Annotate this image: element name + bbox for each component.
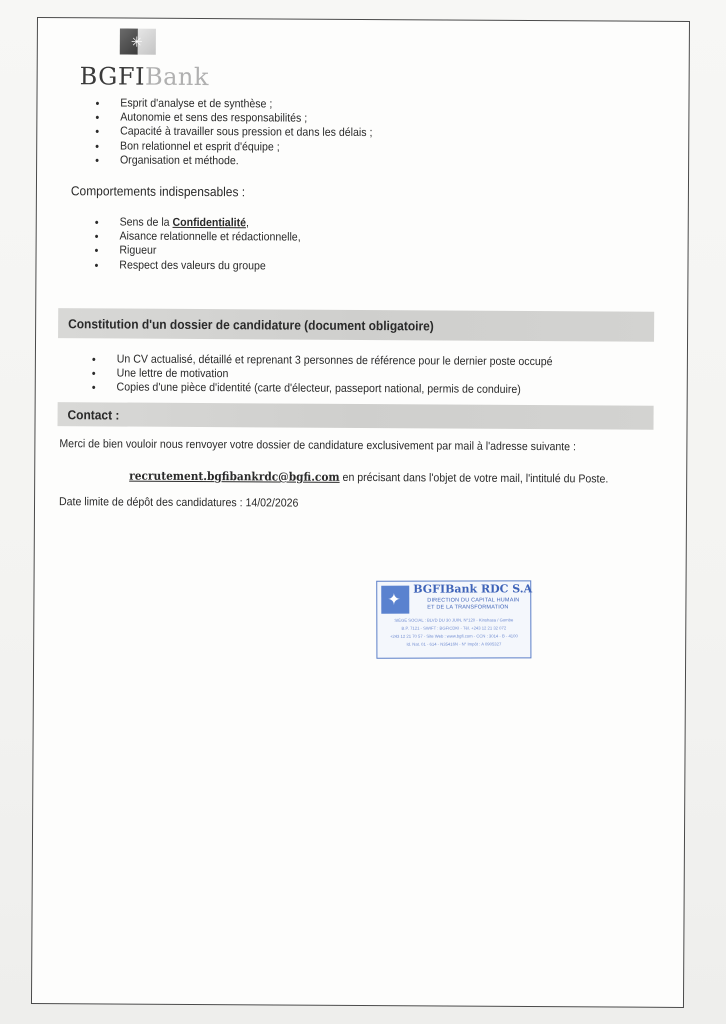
logo-main-text: BGFI	[80, 62, 146, 90]
list-item: Rigueur	[95, 244, 301, 259]
stamp-small-line: +243 12 21 70 57 - Site Web : www.bgfi.c…	[381, 633, 526, 638]
stamp-small-line: SIÈGE SOCIAL : BLVD DU 30 JUIN, N°120 - …	[381, 617, 526, 622]
list-item: Sens de la Confidentialité,	[95, 215, 301, 230]
application-section-banner: Constitution d'un dossier de candidature…	[58, 308, 654, 342]
stamp-small-line: B.P. 7121 - SWIFT : BGFICDKI - Tél. +243…	[381, 625, 526, 630]
document-page: ✳ BGFIBank Esprit d'analyse et de synthè…	[31, 17, 690, 1008]
logo-sub-text: Bank	[145, 63, 209, 91]
list-item: Copies d'une pièce d'identité (carte d'é…	[92, 381, 553, 398]
application-heading: Constitution d'un dossier de candidature…	[68, 316, 434, 333]
contact-intro: Merci de bien vouloir nous renvoyer votr…	[59, 438, 576, 453]
contact-section-banner: Contact :	[58, 402, 654, 430]
qualities-list: Esprit d'analyse et de synthèse ; Autono…	[95, 96, 397, 169]
deadline-text: Date limite de dépôt des candidatures : …	[59, 496, 298, 509]
stamp-line: DIRECTION DU CAPITAL HUMAIN	[427, 597, 519, 603]
confidentiality-emphasis: Confidentialité	[172, 217, 246, 229]
bgfi-logo-star-burst-icon: ✳	[120, 29, 156, 55]
stamp-line: ET DE LA TRANSFORMATION	[427, 604, 508, 610]
contact-email-line: recrutement.bgfibankrdc@bgfi.com en préc…	[129, 469, 608, 486]
contact-heading: Contact :	[68, 407, 120, 422]
bgfi-logo-wordmark: BGFIBank	[80, 62, 210, 91]
list-item: Organisation et méthode.	[95, 153, 372, 169]
stamp-star-logo-icon: ✦	[381, 586, 409, 614]
list-item: Respect des valeurs du groupe	[94, 258, 300, 273]
email-link[interactable]: recrutement.bgfibankrdc@bgfi.com	[129, 469, 340, 484]
company-stamp: ✦ BGFIBank RDC S.A DIRECTION DU CAPITAL …	[376, 580, 531, 658]
application-documents-list: Un CV actualisé, détaillé et reprenant 3…	[92, 352, 593, 398]
stamp-small-line: Id. Nat. 01 - 614 - N35416N - N° Impôt :…	[381, 641, 526, 646]
email-suffix-text: en précisant dans l'objet de votre mail,…	[340, 472, 609, 486]
behaviours-heading: Comportements indispensables :	[71, 183, 245, 199]
behaviours-list: Sens de la Confidentialité, Aisance rela…	[94, 215, 318, 273]
stamp-title: BGFIBank RDC S.A	[413, 582, 532, 595]
list-item: Aisance relationnelle et rédactionnelle,	[95, 230, 301, 245]
